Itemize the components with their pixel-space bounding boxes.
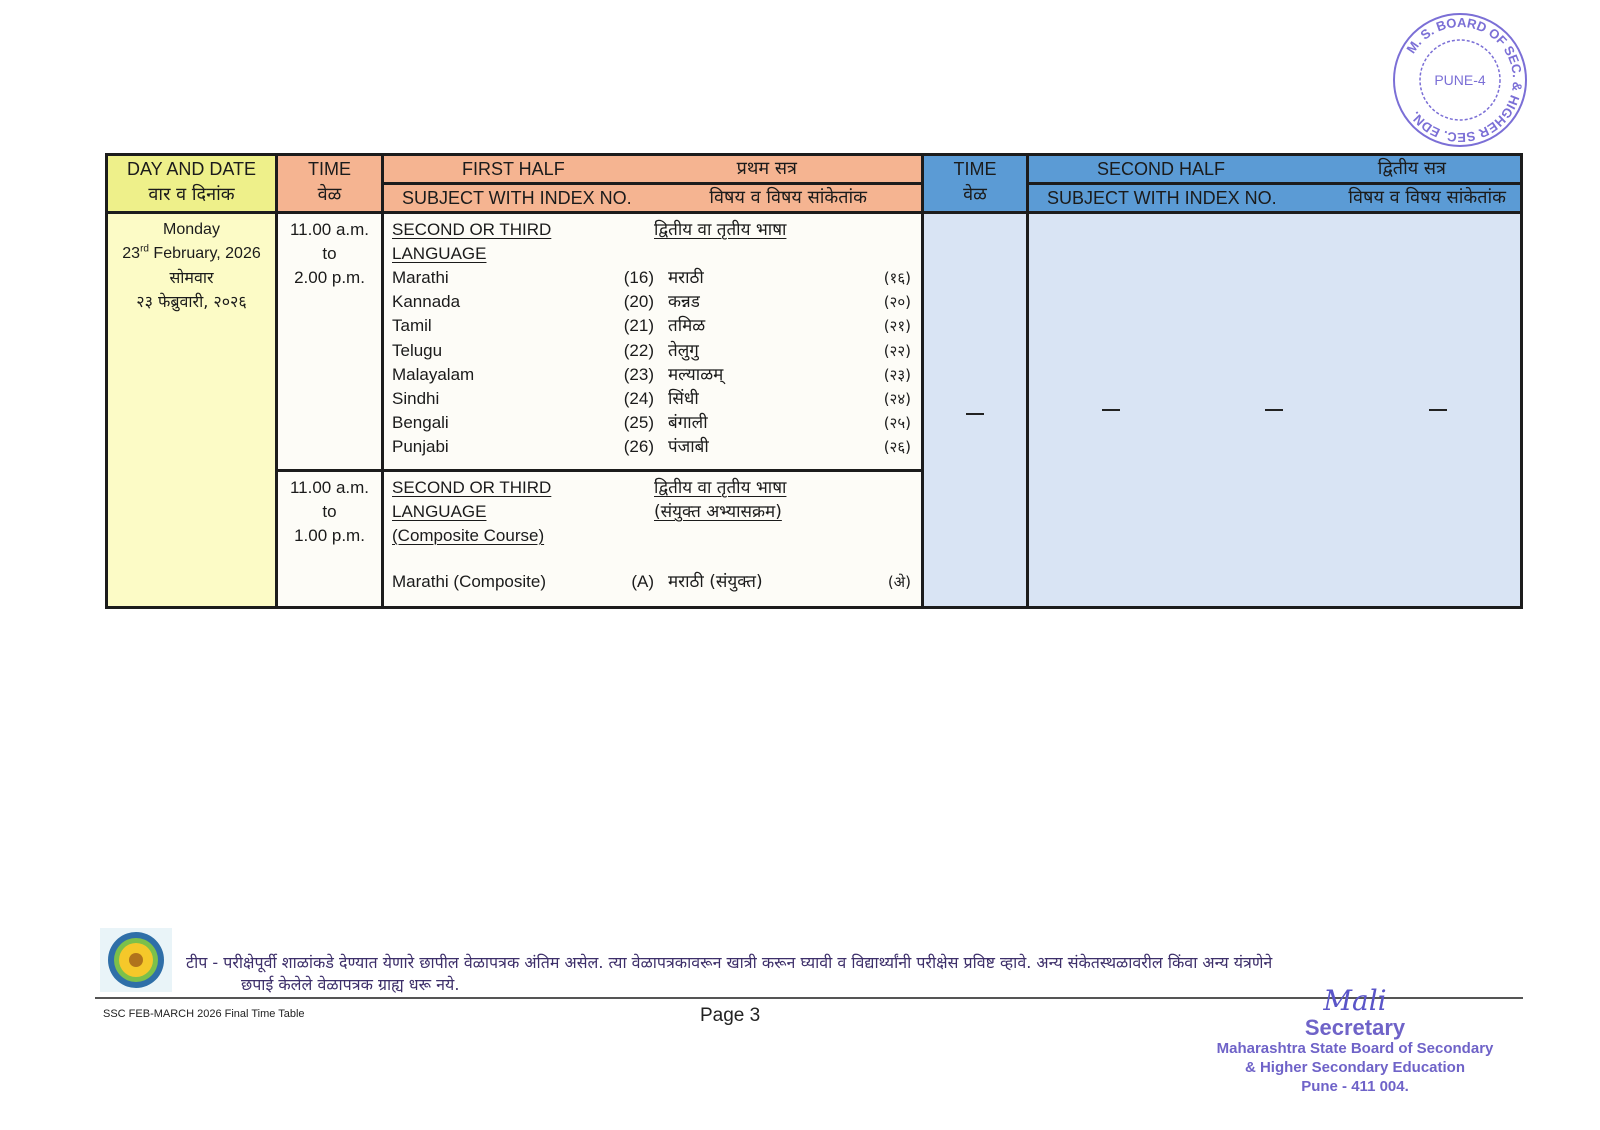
session1-title-mr: द्वितीय वा तृतीय भाषा <box>654 220 786 240</box>
session2-time-start: 11.00 a.m. <box>278 476 381 500</box>
subject-name-en: Malayalam <box>392 363 602 387</box>
session2-title-en-2: LANGUAGE <box>392 502 486 521</box>
signature-title: Secretary <box>1200 1017 1510 1039</box>
subject-row: Bengali(25)बंगाली(२५) <box>392 411 911 435</box>
subject-index-mr: (१६) <box>859 266 911 290</box>
subject-row: Tamil(21)तमिळ(२१) <box>392 314 911 338</box>
first-half-mr: प्रथम सत्र <box>737 156 907 182</box>
subject-index-mr: (२०) <box>859 290 911 314</box>
session1-subject-list: Marathi(16)मराठी(१६)Kannada(20)कन्नड(२०)… <box>392 266 911 460</box>
date-en: 23rd February, 2026 <box>108 242 275 266</box>
subject-index-mr: (अे) <box>859 570 911 594</box>
stamp-inner-text: PUNE-4 <box>1434 72 1486 88</box>
header-time-second: TIME वेळ <box>923 155 1028 213</box>
header-time2-mr: वेळ <box>924 182 1026 208</box>
session1-title-en-1: SECOND OR THIRD <box>392 220 551 239</box>
subject-index: (26) <box>602 435 654 459</box>
header-subject2-row: SUBJECT WITH INDEX NO. विषय व विषय सांके… <box>1029 185 1520 211</box>
signature-scribble: Mali <box>1200 985 1510 1017</box>
subject-index-mr: (२३) <box>859 363 911 387</box>
session1-title-en-2: LANGUAGE <box>392 244 486 263</box>
first-half-en: FIRST HALF <box>402 156 565 182</box>
subject-name-en: Telugu <box>392 339 602 363</box>
second-half-mr: द्वितीय सत्र <box>1378 156 1506 182</box>
subject-name-mr: कन्नड <box>654 290 859 314</box>
session1-time: 11.00 a.m. to 2.00 p.m. <box>277 213 383 471</box>
day-date-cell: Monday 23rd February, 2026 सोमवार २३ फेब… <box>107 213 277 608</box>
header-second-half: SECOND HALF द्वितीय सत्र SUBJECT WITH IN… <box>1028 155 1522 213</box>
header-first-half: FIRST HALF प्रथम सत्र SUBJECT WITH INDEX… <box>383 155 923 213</box>
session2-title-mr: द्वितीय वा तृतीय भाषा (संयुक्त अभ्यासक्र… <box>654 476 911 548</box>
board-emblem-icon <box>106 930 166 990</box>
page-number: Page 3 <box>700 1005 760 1027</box>
subject-index-mr: (२१) <box>859 314 911 338</box>
header-second-half-row: SECOND HALF द्वितीय सत्र <box>1029 156 1520 185</box>
session2-title-en: SECOND OR THIRD LANGUAGE (Composite Cour… <box>392 476 654 548</box>
second-half-dashes <box>1029 409 1520 411</box>
board-stamp: M. S. BOARD OF SEC. & HIGHER SEC. EDN. P… <box>1390 10 1530 150</box>
subject2-header-en: SUBJECT WITH INDEX NO. <box>1047 185 1277 211</box>
subject-name-mr: बंगाली <box>654 411 859 435</box>
subject-row: Malayalam(23)मल्याळम्(२३) <box>392 363 911 387</box>
header-subject-row: SUBJECT WITH INDEX NO. विषय व विषय सांके… <box>384 185 921 211</box>
timetable: DAY AND DATE वार व दिनांक TIME वेळ FIRST… <box>105 153 1523 609</box>
subject-index-mr: (२६) <box>859 435 911 459</box>
subject-index-mr: (२५) <box>859 411 911 435</box>
session2-subjects: SECOND OR THIRD LANGUAGE (Composite Cour… <box>383 471 923 608</box>
session2-time: 11.00 a.m. to 1.00 p.m. <box>277 471 383 608</box>
subject-index: (22) <box>602 339 654 363</box>
subject-index: (23) <box>602 363 654 387</box>
session2-title-en-3: (Composite Course) <box>392 526 544 545</box>
subject-name-en: Kannada <box>392 290 602 314</box>
session2-subject-list: Marathi (Composite)(A)मराठी (संयुक्त)(अे… <box>392 570 911 594</box>
header-time2-en: TIME <box>924 156 1026 182</box>
subject-row: Marathi (Composite)(A)मराठी (संयुक्त)(अे… <box>392 570 911 594</box>
subject-header-en: SUBJECT WITH INDEX NO. <box>402 185 632 211</box>
header-day-date-mr: वार व दिनांक <box>108 182 275 208</box>
subject-index: (25) <box>602 411 654 435</box>
subject-index-mr: (२२) <box>859 339 911 363</box>
session1-title-en: SECOND OR THIRD LANGUAGE <box>392 218 654 266</box>
date-rest: February, 2026 <box>149 245 261 262</box>
session2-time-end: 1.00 p.m. <box>278 524 381 548</box>
second-half-time-cell <box>923 213 1028 608</box>
date-num: 23 <box>122 245 140 262</box>
session2-time-to: to <box>278 500 381 524</box>
subject-name-en: Tamil <box>392 314 602 338</box>
subject-index: (A) <box>602 570 654 594</box>
board-logo <box>100 928 172 992</box>
subject-index: (16) <box>602 266 654 290</box>
subject-name-en: Sindhi <box>392 387 602 411</box>
session2-title-en-1: SECOND OR THIRD <box>392 478 551 497</box>
signature-line3: Pune - 411 004. <box>1200 1077 1510 1096</box>
subject-row: Punjabi(26)पंजाबी(२६) <box>392 435 911 459</box>
subject-name-en: Marathi (Composite) <box>392 570 602 594</box>
subject-name-mr: तमिळ <box>654 314 859 338</box>
session1-time-end: 2.00 p.m. <box>278 266 381 290</box>
header-first-half-row: FIRST HALF प्रथम सत्र <box>384 156 921 185</box>
subject-name-mr: सिंधी <box>654 387 859 411</box>
empty-dash <box>1265 409 1283 411</box>
subject-name-en: Bengali <box>392 411 602 435</box>
header-time-en: TIME <box>278 156 381 182</box>
stamp-seal-icon: M. S. BOARD OF SEC. & HIGHER SEC. EDN. P… <box>1390 10 1530 150</box>
subject-name-mr: मराठी <box>654 266 859 290</box>
session1-title: SECOND OR THIRD LANGUAGE द्वितीय वा तृती… <box>392 218 911 266</box>
session2-title-mr-1: द्वितीय वा तृतीय भाषा <box>654 478 786 498</box>
header-day-date-en: DAY AND DATE <box>108 156 275 182</box>
empty-dash <box>1429 409 1447 411</box>
header-time-mr: वेळ <box>278 182 381 208</box>
secretary-signature: Mali Secretary Maharashtra State Board o… <box>1200 985 1510 1096</box>
session1-time-to: to <box>278 242 381 266</box>
second-half-subject-cell <box>1028 213 1522 608</box>
empty-dash <box>966 413 984 415</box>
session2-title-mr-2: (संयुक्त अभ्यासक्रम) <box>654 502 782 522</box>
subject-row: Telugu(22)तेलुगु(२२) <box>392 339 911 363</box>
subject-name-en: Marathi <box>392 266 602 290</box>
date-mr: २३ फेब्रुवारी, २०२६ <box>108 290 275 314</box>
subject-header-mr: विषय व विषय सांकेतांक <box>709 185 907 211</box>
document-title: SSC FEB-MARCH 2026 Final Time Table <box>103 1008 305 1020</box>
header-day-date: DAY AND DATE वार व दिनांक <box>107 155 277 213</box>
subject-row: Sindhi(24)सिंधी(२४) <box>392 387 911 411</box>
session1-time-start: 11.00 a.m. <box>278 218 381 242</box>
subject-index: (21) <box>602 314 654 338</box>
day-en: Monday <box>108 218 275 242</box>
subject-name-mr: मल्याळम् <box>654 363 859 387</box>
date-suffix: rd <box>140 244 149 255</box>
subject-row: Marathi(16)मराठी(१६) <box>392 266 911 290</box>
subject-index: (20) <box>602 290 654 314</box>
second-half-en: SECOND HALF <box>1047 156 1225 182</box>
subject-name-en: Punjabi <box>392 435 602 459</box>
subject-name-mr: मराठी (संयुक्त) <box>654 570 859 594</box>
subject-name-mr: पंजाबी <box>654 435 859 459</box>
subject-index-mr: (२४) <box>859 387 911 411</box>
subject-row: Kannada(20)कन्नड(२०) <box>392 290 911 314</box>
day-mr: सोमवार <box>108 266 275 290</box>
subject2-header-mr: विषय व विषय सांकेतांक <box>1348 185 1506 211</box>
session1-title-mr-wrap: द्वितीय वा तृतीय भाषा <box>654 218 911 266</box>
footer-note-line1: टीप - परीक्षेपूर्वी शाळांकडे देण्यात येण… <box>186 952 1526 974</box>
session2-title: SECOND OR THIRD LANGUAGE (Composite Cour… <box>392 476 911 548</box>
signature-line2: & Higher Secondary Education <box>1200 1058 1510 1077</box>
signature-line1: Maharashtra State Board of Secondary <box>1200 1039 1510 1058</box>
header-time-first: TIME वेळ <box>277 155 383 213</box>
empty-dash <box>1102 409 1120 411</box>
session1-subjects: SECOND OR THIRD LANGUAGE द्वितीय वा तृती… <box>383 213 923 471</box>
subject-name-mr: तेलुगु <box>654 339 859 363</box>
subject-index: (24) <box>602 387 654 411</box>
